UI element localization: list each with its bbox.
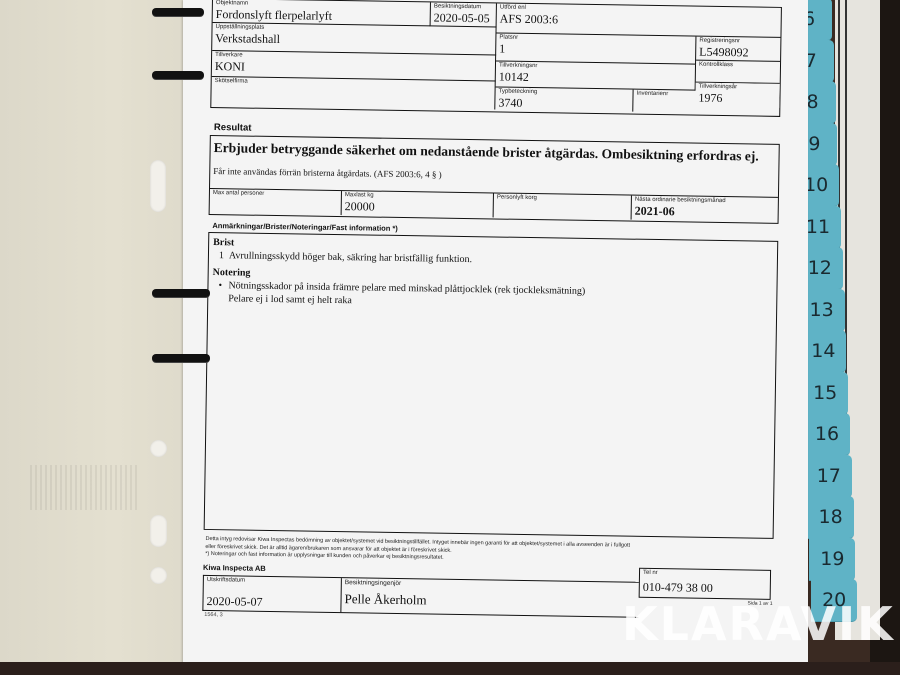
index-tab-15[interactable]: 15 (802, 372, 848, 415)
resultat-box: Erbjuder betryggande säkerhet om nedanst… (209, 135, 780, 224)
anmarkningar-box: Brist 1Avrullningsskydd höger bak, säkri… (204, 232, 779, 539)
tillverkningsnr-value: 10142 (499, 70, 692, 87)
maxlast-value: 20000 (345, 199, 490, 215)
binder-ring (152, 289, 210, 297)
company-name: Kiwa Inspecta AB (203, 562, 266, 572)
binder-bottom-edge (0, 662, 900, 675)
resultat-headline: Erbjuder betryggande säkerhet om nedanst… (214, 140, 759, 165)
binder-ring (152, 354, 210, 362)
bullet-icon: • (218, 279, 228, 292)
punch-hole (150, 160, 166, 212)
binder-ring (152, 8, 204, 16)
max-personer-label: Max antal personer (213, 190, 338, 199)
platsnr-value: 1 (499, 42, 692, 59)
utskriftsdatum-label: Utskriftsdatum (207, 576, 338, 585)
tillverkningsar-field: Tillverkningsår 1976 (695, 83, 779, 108)
nasta-besiktning-field: Nästa ordinarie besiktningsmånad 2021-06 (632, 196, 778, 222)
index-tab-16[interactable]: 16 (804, 413, 850, 456)
utford-enl-field: Utförd enl AFS 2003:6 (496, 3, 780, 37)
brist-number: 1 (219, 249, 229, 262)
notering-text: Pelare ej i lod samt ej helt raka (228, 293, 352, 306)
punch-hole (150, 515, 167, 547)
punch-hole (150, 567, 167, 584)
klaravik-watermark: KLARAVIK (622, 597, 895, 651)
tillverkningsar-value: 1976 (698, 91, 776, 106)
index-tab-18[interactable]: 18 (808, 496, 854, 539)
punch-hole (150, 440, 167, 457)
kontrollklass-field: Kontrollklass (696, 61, 780, 84)
uppstallningsplats-value: Verkstadshall (215, 31, 492, 49)
binder-ring (152, 71, 204, 79)
registreringsnr-field: Registreringsnr L5498092 (696, 37, 780, 62)
form-code: 1564, 3 (204, 611, 222, 617)
index-tab-19[interactable]: 19 (809, 538, 855, 581)
uppstallningsplats-field: Uppställningsplats Verkstadshall (212, 23, 496, 55)
skotselfirma-field: Skötselfirma (211, 77, 495, 109)
typbeteckning-field: Typbeteckning 3740 (495, 87, 633, 111)
resultat-fields-row: Max antal personer Maxlast kg 20000 Pers… (210, 188, 778, 222)
platsnr-field: Platsnr 1 (496, 33, 696, 64)
tel-field: Tel nr 010-479 38 00 (639, 567, 771, 599)
objektnamn-value: Fordonslyft flerpelarlyft (216, 7, 427, 24)
faded-barcode (30, 465, 140, 510)
tel-value: 010-479 38 00 (640, 577, 770, 597)
personlyft-field: Personlyft korg (494, 193, 632, 219)
besiktningsingenjor-field: Besiktningsingenjör Pelle Åkerholm (341, 578, 639, 617)
besiktningsingenjor-label: Besiktningsingenjör (345, 579, 637, 591)
besiktningsingenjor-value: Pelle Åkerholm (344, 592, 636, 611)
max-personer-field: Max antal personer (210, 189, 342, 215)
kontrollklass-label: Kontrollklass (699, 62, 777, 70)
besiktningsdatum-value: 2020-05-05 (434, 10, 493, 25)
inspection-document: Objektnamn Fordonslyft flerpelarlyft Bes… (202, 0, 782, 627)
utskriftsdatum-value: 2020-05-07 (206, 593, 337, 609)
brist-text: Avrullningsskydd höger bak, säkring har … (229, 250, 472, 265)
resultat-note: Får inte användas förrän bristerna åtgär… (213, 166, 442, 180)
utskriftsdatum-field: Utskriftsdatum 2020-05-07 (203, 575, 342, 611)
nasta-besiktning-value: 2021-06 (635, 204, 775, 220)
tillverkare-value: KONI (215, 59, 492, 77)
personlyft-label: Personlyft korg (497, 195, 628, 204)
signature-row: Utskriftsdatum 2020-05-07 Besiktningsing… (202, 574, 639, 617)
tillverkningsnr-field: Tillverkningsnr 10142 (496, 61, 696, 90)
objektnamn-field: Objektnamn Fordonslyft flerpelarlyft (213, 0, 431, 26)
registreringsnr-value: L5498092 (699, 45, 777, 60)
besiktningsdatum-field: Besiktningsdatum 2020-05-05 (431, 2, 497, 27)
index-tab-17[interactable]: 17 (806, 455, 852, 498)
typbeteckning-value: 3740 (498, 96, 629, 112)
header-grid: Objektnamn Fordonslyft flerpelarlyft Bes… (210, 0, 782, 117)
maxlast-field: Maxlast kg 20000 (342, 191, 494, 217)
utford-enl-value: AFS 2003:6 (500, 12, 778, 30)
